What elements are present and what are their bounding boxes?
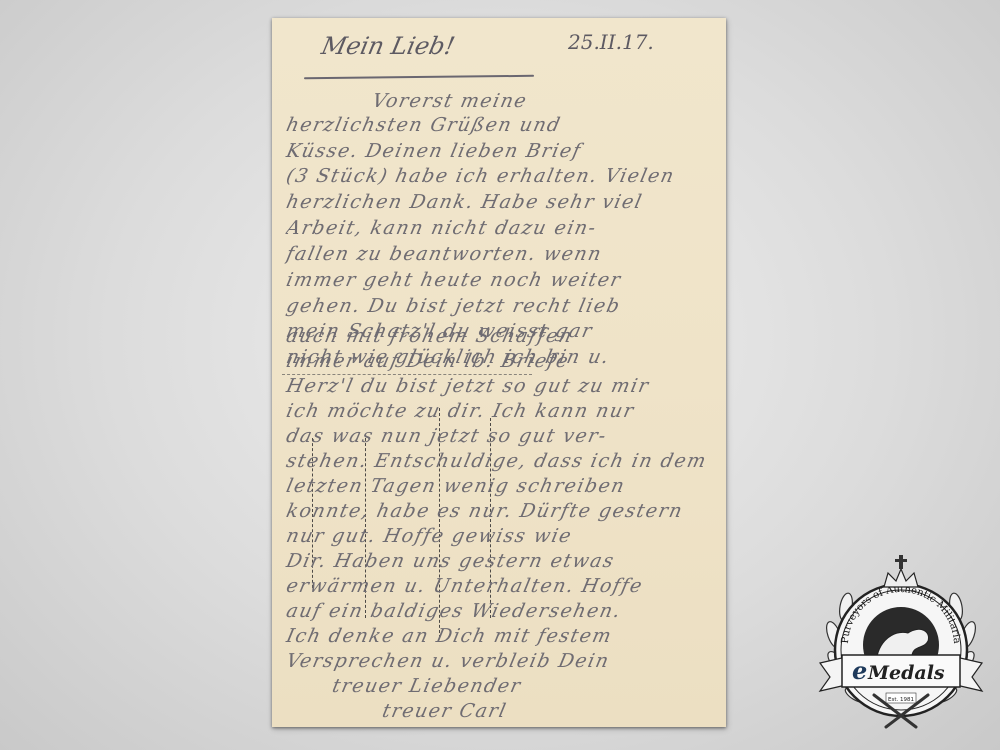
- emedals-watermark-logo: Purveyors of Authentic Militaria e Medal…: [816, 545, 986, 735]
- handwritten-line: herzlichen Dank. Habe sehr viel: [283, 191, 719, 219]
- handwritten-line: Küsse. Deinen lieben Brief: [283, 140, 719, 168]
- handwritten-line: Dir. Haben uns gestern etwas: [283, 550, 719, 578]
- salutation-underline: [304, 75, 534, 79]
- handwritten-line: stehen. Entschuldige, dass ich in dem: [283, 450, 719, 478]
- letter-date: 25.II.17.: [568, 30, 654, 54]
- letter-card: Mein Lieb! 25.II.17. Vorerst meineherzli…: [272, 18, 726, 727]
- handwritten-line: (3 Stück) habe ich erhalten. Vielen: [283, 165, 719, 193]
- handwritten-line: Arbeit, kann nicht dazu ein-: [283, 217, 719, 245]
- svg-text:Est. 1981: Est. 1981: [888, 697, 914, 703]
- handwritten-line: konnte, habe es nur. Dürfte gestern: [283, 500, 719, 528]
- handwritten-line: auf ein baldiges Wiedersehen.: [283, 600, 719, 628]
- emedals-badge-icon: Purveyors of Authentic Militaria e Medal…: [816, 545, 986, 735]
- handwritten-line: erwärmen u. Unterhalten. Hoffe: [283, 575, 719, 603]
- handwritten-line: auch mit frohem Schaffen: [283, 325, 719, 353]
- handwritten-line: letzten Tagen wenig schreiben: [283, 475, 719, 503]
- svg-text:Medals: Medals: [867, 662, 945, 684]
- handwritten-line: immer geht heute noch weiter: [283, 269, 719, 297]
- handwritten-line: nur gut. Hoffe gewiss wie: [283, 525, 719, 553]
- handwritten-line: Ich denke an Dich mit festem: [283, 625, 719, 653]
- handwritten-line: gehen. Du bist jetzt recht lieb: [283, 295, 719, 323]
- salutation: Mein Lieb!: [319, 32, 457, 60]
- handwritten-line: treuer Liebender: [329, 675, 719, 703]
- handwritten-line: treuer Carl: [379, 700, 719, 728]
- handwritten-line: ich möchte zu dir. Ich kann nur: [283, 400, 719, 428]
- handwritten-line: Versprechen u. verbleib Dein: [283, 650, 719, 678]
- handwritten-line: fallen zu beantworten. wenn: [283, 243, 719, 271]
- svg-text:e: e: [852, 656, 867, 685]
- handwritten-line: herzlichsten Grüßen und: [283, 114, 719, 142]
- handwritten-line: das was nun jetzt so gut ver-: [283, 425, 719, 453]
- handwritten-line: immer auf Dein lb. Briefe: [283, 350, 719, 378]
- handwritten-line: Herz'l du bist jetzt so gut zu mir: [283, 375, 719, 403]
